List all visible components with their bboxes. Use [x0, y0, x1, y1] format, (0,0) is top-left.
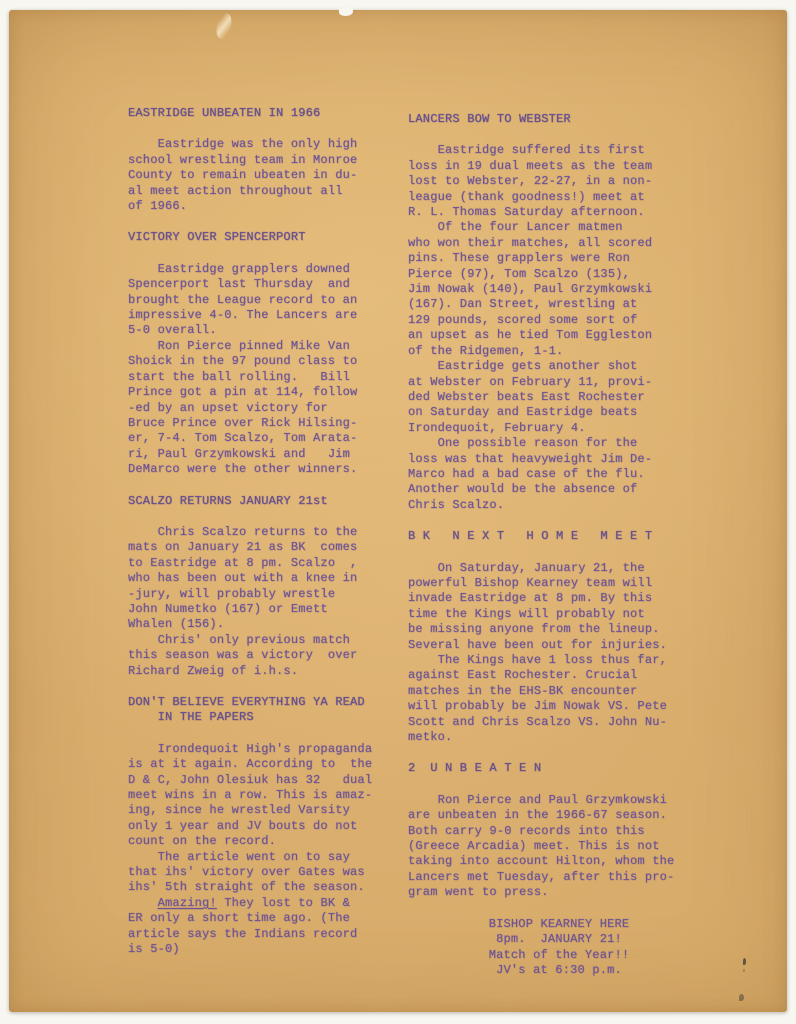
section-heading: VICTORY OVER SPENCERPORT	[128, 230, 410, 245]
text-line: R. L. Thomas Saturday afternoon.	[408, 205, 718, 220]
section-heading: LANCERS BOW TO WEBSTER	[408, 112, 718, 127]
text-line: Amazing! They lost to BK &	[128, 896, 410, 911]
text-line: loss was that heavyweight Jim De-	[408, 452, 718, 467]
text-line: Eastridge suffered its first	[408, 143, 718, 158]
text-line: Bruce Prince over Rick Hilsing-	[128, 416, 410, 431]
text-line: BISHOP KEARNEY HERE	[428, 917, 690, 932]
section-heading: SCALZO RETURNS JANUARY 21st	[128, 494, 410, 509]
text-line: Irondequoit, February 4.	[408, 421, 718, 436]
text-line: Jim Nowak (140), Paul Grzymkowski	[408, 282, 718, 297]
text-line: Ron Pierce pinned Mike Van	[128, 339, 410, 354]
paragraph: Eastridge grapplers downedSpencerport la…	[128, 262, 410, 478]
text-line: Prince got a pin at 114, follow	[128, 385, 410, 400]
text-line: who has been out with a knee in	[128, 571, 410, 586]
text-line: is 5-0)	[128, 942, 410, 957]
paragraph: Chris Scalzo returns to themats on Janua…	[128, 525, 410, 679]
text-line: Several have been out for injuries.	[408, 638, 718, 653]
text-line: Eastridge grapplers downed	[128, 262, 410, 277]
section-heading: DON'T BELIEVE EVERYTHING YA READ IN THE …	[128, 695, 410, 726]
text-line: LANCERS BOW TO WEBSTER	[408, 112, 718, 127]
text-line: only 1 year and JV bouts do not	[128, 819, 410, 834]
text-line: Another would be the absence of	[408, 482, 718, 497]
paragraph: Ron Pierce and Paul Grzymkowskiare unbea…	[408, 793, 718, 901]
paragraph: Irondequoit High's propagandais at it ag…	[128, 742, 410, 958]
text-line: DeMarco were the other winners.	[128, 462, 410, 477]
text-line: VICTORY OVER SPENCERPORT	[128, 230, 410, 245]
paper-edge-tear	[339, 8, 354, 17]
text-line: One possible reason for the	[408, 436, 718, 451]
text-line: school wrestling team in Monroe	[128, 153, 410, 168]
text-line: Spencerport last Thursday and	[128, 277, 410, 292]
text-segment	[128, 896, 158, 910]
announcement-block: BISHOP KEARNEY HERE8pm. JANUARY 21!Match…	[428, 917, 690, 979]
text-line: 2 U N B E A T E N	[408, 761, 718, 776]
text-line: is at it again. According to the	[128, 757, 410, 772]
text-line: Richard Zweig of i.h.s.	[128, 664, 410, 679]
text-line: lost to Webster, 22-27, in a non-	[408, 174, 718, 189]
underlined-text: Amazing!	[158, 896, 217, 910]
text-line: metko.	[408, 730, 718, 745]
text-line: who won their matches, all scored	[408, 236, 718, 251]
text-line: 8pm. JANUARY 21!	[428, 932, 690, 947]
text-line: time the Kings will probably not	[408, 607, 718, 622]
paragraph: On Saturday, January 21, thepowerful Bis…	[408, 561, 718, 746]
text-line: ded Webster beats East Rochester	[408, 390, 718, 405]
text-line: to Eastridge at 8 pm. Scalzo ,	[128, 556, 410, 571]
text-line: Ron Pierce and Paul Grzymkowski	[408, 793, 718, 808]
text-line: Both carry 9-0 records into this	[408, 824, 718, 839]
paper-speck	[743, 958, 746, 965]
text-line: are unbeaten in the 1966-67 season.	[408, 808, 718, 823]
text-line: JV's at 6:30 p.m.	[428, 963, 690, 978]
text-line: invade Eastridge at 8 pm. By this	[408, 591, 718, 606]
section-heading: 2 U N B E A T E N	[408, 761, 718, 776]
text-line: John Numetko (167) or Emett	[128, 602, 410, 617]
text-line: article says the Indians record	[128, 927, 410, 942]
text-line: Marco had a bad case of the flu.	[408, 467, 718, 482]
text-line: Eastridge gets another shot	[408, 359, 718, 374]
text-line: DON'T BELIEVE EVERYTHING YA READ	[128, 695, 410, 710]
text-line: against East Rochester. Crucial	[408, 668, 718, 683]
text-line: matches in the EHS-BK encounter	[408, 684, 718, 699]
text-line: ihs' 5th straight of the season.	[128, 880, 410, 895]
text-line: of the Ridgemen, 1-1.	[408, 344, 718, 359]
section-heading: EASTRIDGE UNBEATEN IN 1966	[128, 106, 410, 121]
newsletter-column-right: LANCERS BOW TO WEBSTER Eastridge suffere…	[408, 112, 718, 994]
section-heading: B K N E X T H O M E M E E T	[408, 529, 718, 544]
text-line: Chris Scalzo.	[408, 498, 718, 513]
paragraph: Eastridge was the only highschool wrestl…	[128, 137, 410, 214]
text-line: loss in 19 dual meets as the team	[408, 159, 718, 174]
text-line: on Saturday and Eastridge beats	[408, 405, 718, 420]
text-line: powerful Bishop Kearney team will	[408, 576, 718, 591]
text-line: Eastridge was the only high	[128, 137, 410, 152]
scanned-newsletter-page: { "page": { "kind": "typewritten newslet…	[0, 0, 796, 1024]
text-line: SCALZO RETURNS JANUARY 21st	[128, 494, 410, 509]
text-line: ER only a short time ago. (The	[128, 911, 410, 926]
text-line: Chris' only previous match	[128, 633, 410, 648]
paper-crease-mark	[215, 12, 232, 40]
text-line: er, 7-4. Tom Scalzo, Tom Arata-	[128, 431, 410, 446]
text-line: On Saturday, January 21, the	[408, 561, 718, 576]
text-line: impressive 4-0. The Lancers are	[128, 308, 410, 323]
text-line: Lancers met Tuesday, after this pro-	[408, 870, 718, 885]
newsletter-column-left: EASTRIDGE UNBEATEN IN 1966 Eastridge was…	[128, 106, 410, 974]
text-line: B K N E X T H O M E M E E T	[408, 529, 718, 544]
text-line: gram went to press.	[408, 885, 718, 900]
paragraph: Eastridge suffered its firstloss in 19 d…	[408, 143, 718, 513]
text-line: 129 pounds, scored some sort of	[408, 313, 718, 328]
text-line: that ihs' victory over Gates was	[128, 865, 410, 880]
text-line: start the ball rolling. Bill	[128, 370, 410, 385]
text-line: (Greece Arcadia) meet. This is not	[408, 839, 718, 854]
text-line: Pierce (97), Tom Scalzo (135),	[408, 267, 718, 282]
text-line: taking into account Hilton, whom the	[408, 854, 718, 869]
text-line: an upset as he tied Tom Eggleston	[408, 328, 718, 343]
text-segment: They lost to BK &	[217, 896, 350, 910]
text-line: Shoick in the 97 pound class to	[128, 354, 410, 369]
text-line: D & C, John Olesiuk has 32 dual	[128, 773, 410, 788]
text-line: The Kings have 1 loss thus far,	[408, 653, 718, 668]
paper-speck	[743, 969, 745, 972]
text-line: The article went on to say	[128, 850, 410, 865]
text-line: will probably be Jim Nowak VS. Pete	[408, 699, 718, 714]
text-line: be missing anyone from the lineup.	[408, 622, 718, 637]
text-line: County to remain ubeaten in du-	[128, 168, 410, 183]
text-line: Irondequoit High's propaganda	[128, 742, 410, 757]
text-line: Scott and Chris Scalzo VS. John Nu-	[408, 715, 718, 730]
text-line: ing, since he wrestled Varsity	[128, 803, 410, 818]
text-line: mats on January 21 as BK comes	[128, 540, 410, 555]
text-line: this season was a victory over	[128, 648, 410, 663]
text-line: of 1966.	[128, 199, 410, 214]
text-line: Chris Scalzo returns to the	[128, 525, 410, 540]
text-line: pins. These grapplers were Ron	[408, 251, 718, 266]
text-line: 5-0 overall.	[128, 323, 410, 338]
text-line: IN THE PAPERS	[128, 710, 410, 725]
text-line: Of the four Lancer matmen	[408, 220, 718, 235]
text-line: Whalen (156).	[128, 617, 410, 632]
text-line: -jury, will probably wrestle	[128, 587, 410, 602]
text-line: meet wins in a row. This is amaz-	[128, 788, 410, 803]
text-line: Match of the Year!!	[428, 948, 690, 963]
text-line: at Webster on February 11, provi-	[408, 375, 718, 390]
text-line: (167). Dan Street, wrestling at	[408, 297, 718, 312]
text-line: count on the record.	[128, 834, 410, 849]
text-line: ri, Paul Grzymkowski and Jim	[128, 447, 410, 462]
text-line: EASTRIDGE UNBEATEN IN 1966	[128, 106, 410, 121]
paper-speck	[739, 994, 744, 1001]
text-line: brought the League record to an	[128, 293, 410, 308]
text-line: al meet action throughout all	[128, 184, 410, 199]
text-line: league (thank goodness!) meet at	[408, 190, 718, 205]
text-line: -ed by an upset victory for	[128, 401, 410, 416]
